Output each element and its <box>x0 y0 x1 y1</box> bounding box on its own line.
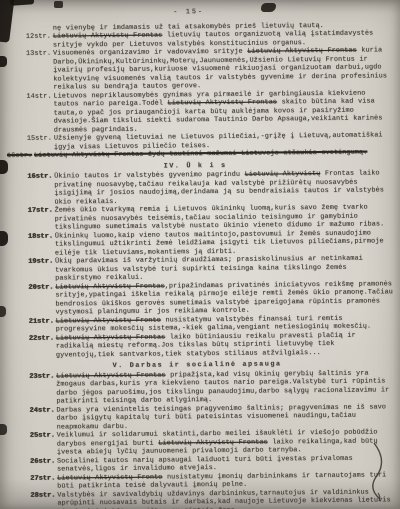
scan-artifact-edge-3 <box>0 231 8 246</box>
article-number: 27str. <box>30 474 57 491</box>
article-text: Darbas yra vienintelis teisingas pragyve… <box>56 403 395 432</box>
scan-artifact-top-left <box>10 0 34 6</box>
scan-artifact-edge-4 <box>0 306 6 317</box>
article-text: Lietuvių Aktyvistų Frontas laiko būtinia… <box>56 331 395 360</box>
scan-artifact-edge-1 <box>0 56 7 67</box>
text-segment: Darbas yra vienintelis teisingas pragyve… <box>56 403 386 431</box>
text-segment: Ūkių pardavimas iš varžytinių draudžiama… <box>55 255 363 283</box>
text-segment: Žemės ūkio tvarkymą remia į Lietuvos ūki… <box>54 203 384 231</box>
article-text: Visuomenės organizavimo ir vadovavimo sr… <box>53 46 392 92</box>
article-text: Lietuvių Aktyvistų Frontas pripažįsta,ka… <box>56 369 395 406</box>
content: nę vienybę ir imdamasis už tai atsakomyb… <box>26 21 397 509</box>
article-number <box>26 24 53 33</box>
article-number: 13str. <box>26 50 53 93</box>
article-text: Žemės ūkio tvarkymą remia į Lietuvos ūki… <box>54 203 393 232</box>
page-number: - 15- <box>26 7 352 19</box>
struck-text: Lietuvių Aktyvistų <box>245 170 321 179</box>
article-number: 22str. <box>29 334 56 360</box>
article-number: 26str. <box>30 457 57 474</box>
article-number: 21str. <box>29 317 56 334</box>
article-row: 25str.Veiklumui ir solidarumui skatinti,… <box>30 428 396 457</box>
article-row: 19str.Ūkių pardavimas iš varžytinių drau… <box>28 254 394 283</box>
article-number: 14str. <box>26 92 53 135</box>
article-text: Lietuvos nepriklausomybės gynimas yra pi… <box>53 89 392 135</box>
article-text: Ūkių pardavimas iš varžytinių draudžiama… <box>55 254 394 283</box>
scan-artifact-corner <box>0 0 15 43</box>
article-text: Valstybės ir savivaldybių uždavinys darb… <box>57 488 396 509</box>
article-number: 28str. <box>30 491 57 509</box>
article-number: 19str. <box>28 257 55 283</box>
article-row: 18str.Ūkininkų luomo,kaip vieno tautos m… <box>28 229 394 258</box>
article-number: 24str. <box>29 406 56 432</box>
article-row: 22str.Lietuvių Aktyvistų Frontas laiko b… <box>29 331 395 360</box>
article-number: 16str. <box>7 152 34 161</box>
article-row: 23str.Lietuvių Aktyvistų Frontas pripažį… <box>29 369 395 407</box>
scan-artifact-edge-2 <box>0 160 8 174</box>
article-number: 16str. <box>27 173 54 207</box>
article-row: 17str.Žemės ūkio tvarkymą remia į Lietuv… <box>27 203 393 232</box>
document-text: - 15- nę vienybę ir imdamasis už tai ats… <box>26 6 397 509</box>
scan-artifact-edge-5 <box>0 424 7 435</box>
article-text: Lietuvių Aktyvistų Frontas,pripažindamas… <box>55 280 394 317</box>
scan-artifact-top-mark <box>54 1 63 8</box>
article-text: Ūkinio tautos ir valstybės gyvenimo pagr… <box>54 169 393 206</box>
article-row: 28str.Valstybės ir savivaldybių uždaviny… <box>30 488 396 509</box>
article-number: 18str. <box>28 232 55 258</box>
text-segment: Valstybės ir savivaldybių uždavinys darb… <box>57 488 390 509</box>
article-text: Ūkininkų luomo,kaip vieno tautos maitint… <box>55 229 394 258</box>
article-number: 17str. <box>27 207 54 233</box>
article-number: 20str. <box>28 283 55 317</box>
article-row: 14str.Lietuvos nepriklausomybės gynimas … <box>26 89 392 135</box>
article-row: 24str.Darbas yra vienintelis teisingas p… <box>29 403 395 432</box>
scanned-page: - 15- nę vienybę ir imdamasis už tai ats… <box>0 0 400 509</box>
article-row: 16str.Ūkinio tautos ir valstybės gyvenim… <box>27 169 393 207</box>
article-number: 15str. <box>27 135 54 152</box>
article-text: Veiklumui ir solidarumui skatinti,darbo … <box>57 428 396 457</box>
article-number: 12str. <box>26 33 53 50</box>
text-segment: Ūkininkų luomo,kaip vieno tautos maitint… <box>55 229 384 257</box>
article-number: 25str. <box>30 431 57 457</box>
article-row: 20str.Lietuvių Aktyvistų Frontas,pripaži… <box>28 280 394 318</box>
article-row: 13str.Visuomenės organizavimo ir vadovav… <box>26 46 392 92</box>
article-number: 23str. <box>29 372 56 406</box>
